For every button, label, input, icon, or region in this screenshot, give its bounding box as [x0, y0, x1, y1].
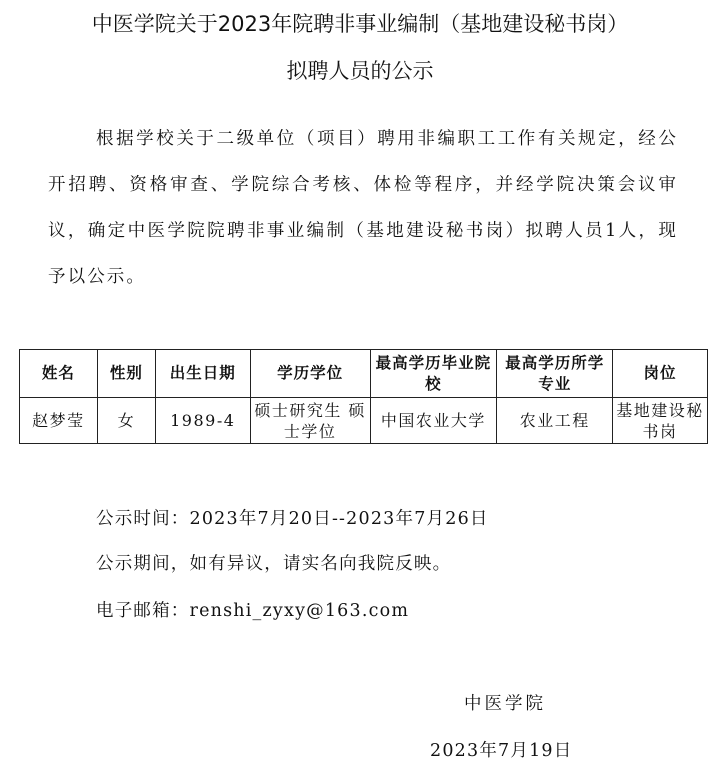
table-row: 赵梦莹 女 1989-4 硕士研究生 硕士学位 中国农业大学 农业工程 基地建设…	[20, 398, 708, 444]
header-major: 最高学历所学专业	[497, 350, 613, 398]
cell-major: 农业工程	[497, 398, 613, 444]
header-degree: 学历学位	[250, 350, 370, 398]
header-school: 最高学历毕业院校	[370, 350, 497, 398]
cell-name: 赵梦莹	[20, 398, 98, 444]
signature-org: 中医学院	[464, 690, 546, 715]
signature-date: 2023年7月19日	[430, 737, 572, 762]
email-label: 电子邮箱：	[96, 601, 190, 621]
cell-degree: 硕士研究生 硕士学位	[250, 398, 370, 444]
document-subtitle: 拟聘人员的公示	[0, 55, 720, 85]
cell-gender: 女	[97, 398, 155, 444]
header-name: 姓名	[20, 350, 98, 398]
header-gender: 性别	[97, 350, 155, 398]
objection-note: 公示期间，如有异议，请实名向我院反映。	[96, 550, 451, 575]
cell-position: 基地建设秘书岗	[613, 398, 708, 444]
document-title: 中医学院关于2023年院聘非事业编制（基地建设秘书岗）	[0, 8, 720, 38]
cell-birthdate: 1989-4	[155, 398, 250, 444]
cell-school: 中国农业大学	[370, 398, 497, 444]
body-paragraph: 根据学校关于二级单位（项目）聘用非编职工工作有关规定，经公开招聘、资格审查、学院…	[48, 116, 678, 300]
header-birthdate: 出生日期	[155, 350, 250, 398]
email-line: 电子邮箱：renshi_zyxy@163.com	[96, 597, 409, 622]
header-position: 岗位	[613, 350, 708, 398]
email-address[interactable]: renshi_zyxy@163.com	[190, 601, 410, 621]
table-header-row: 姓名 性别 出生日期 学历学位 最高学历毕业院校 最高学历所学专业 岗位	[20, 350, 708, 398]
candidate-table: 姓名 性别 出生日期 学历学位 最高学历毕业院校 最高学历所学专业 岗位 赵梦莹…	[19, 349, 708, 444]
publicity-period: 公示时间：2023年7月20日--2023年7月26日	[96, 505, 489, 530]
